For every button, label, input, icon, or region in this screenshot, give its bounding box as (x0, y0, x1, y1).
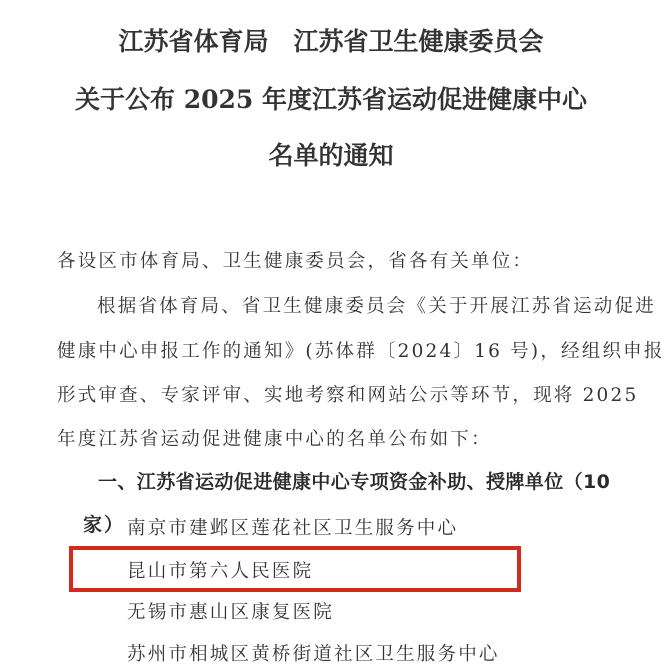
list-item-wuxi: 无锡市惠山区康复医院 (127, 598, 334, 624)
body-line-2: 健康中心申报工作的通知》(苏体群〔2024〕16 号)，经组织申报、 (57, 337, 662, 363)
title-line-notice: 名单的通知 (0, 136, 662, 172)
title-line-issuers: 江苏省体育局 江苏省卫生健康委员会 (0, 22, 662, 58)
body-line-4: 年度江苏省运动促进健康中心的名单公布如下： (57, 425, 492, 451)
list-item-nanjing: 南京市建邺区莲花社区卫生服务中心 (127, 514, 458, 540)
salutation: 各设区市体育局、卫生健康委员会，省各有关单位： (57, 247, 533, 273)
list-item-kunshan-highlighted: 昆山市第六人民医院 (127, 557, 313, 583)
title-line-subject: 关于公布 2025 年度江苏省运动促进健康中心 (0, 80, 662, 116)
list-item-suzhou: 苏州市相城区黄桥街道社区卫生服务中心 (127, 640, 500, 666)
section-heading-line-2: 家） (83, 510, 125, 537)
section-heading-line-1: 一、江苏省运动促进健康中心专项资金补助、授牌单位（10 (98, 467, 610, 494)
body-line-3: 形式审查、专家评审、实地考察和网站公示等环节，现将 2025 (57, 381, 638, 407)
body-line-1: 根据省体育局、省卫生健康委员会《关于开展江苏省运动促进 (97, 292, 656, 318)
